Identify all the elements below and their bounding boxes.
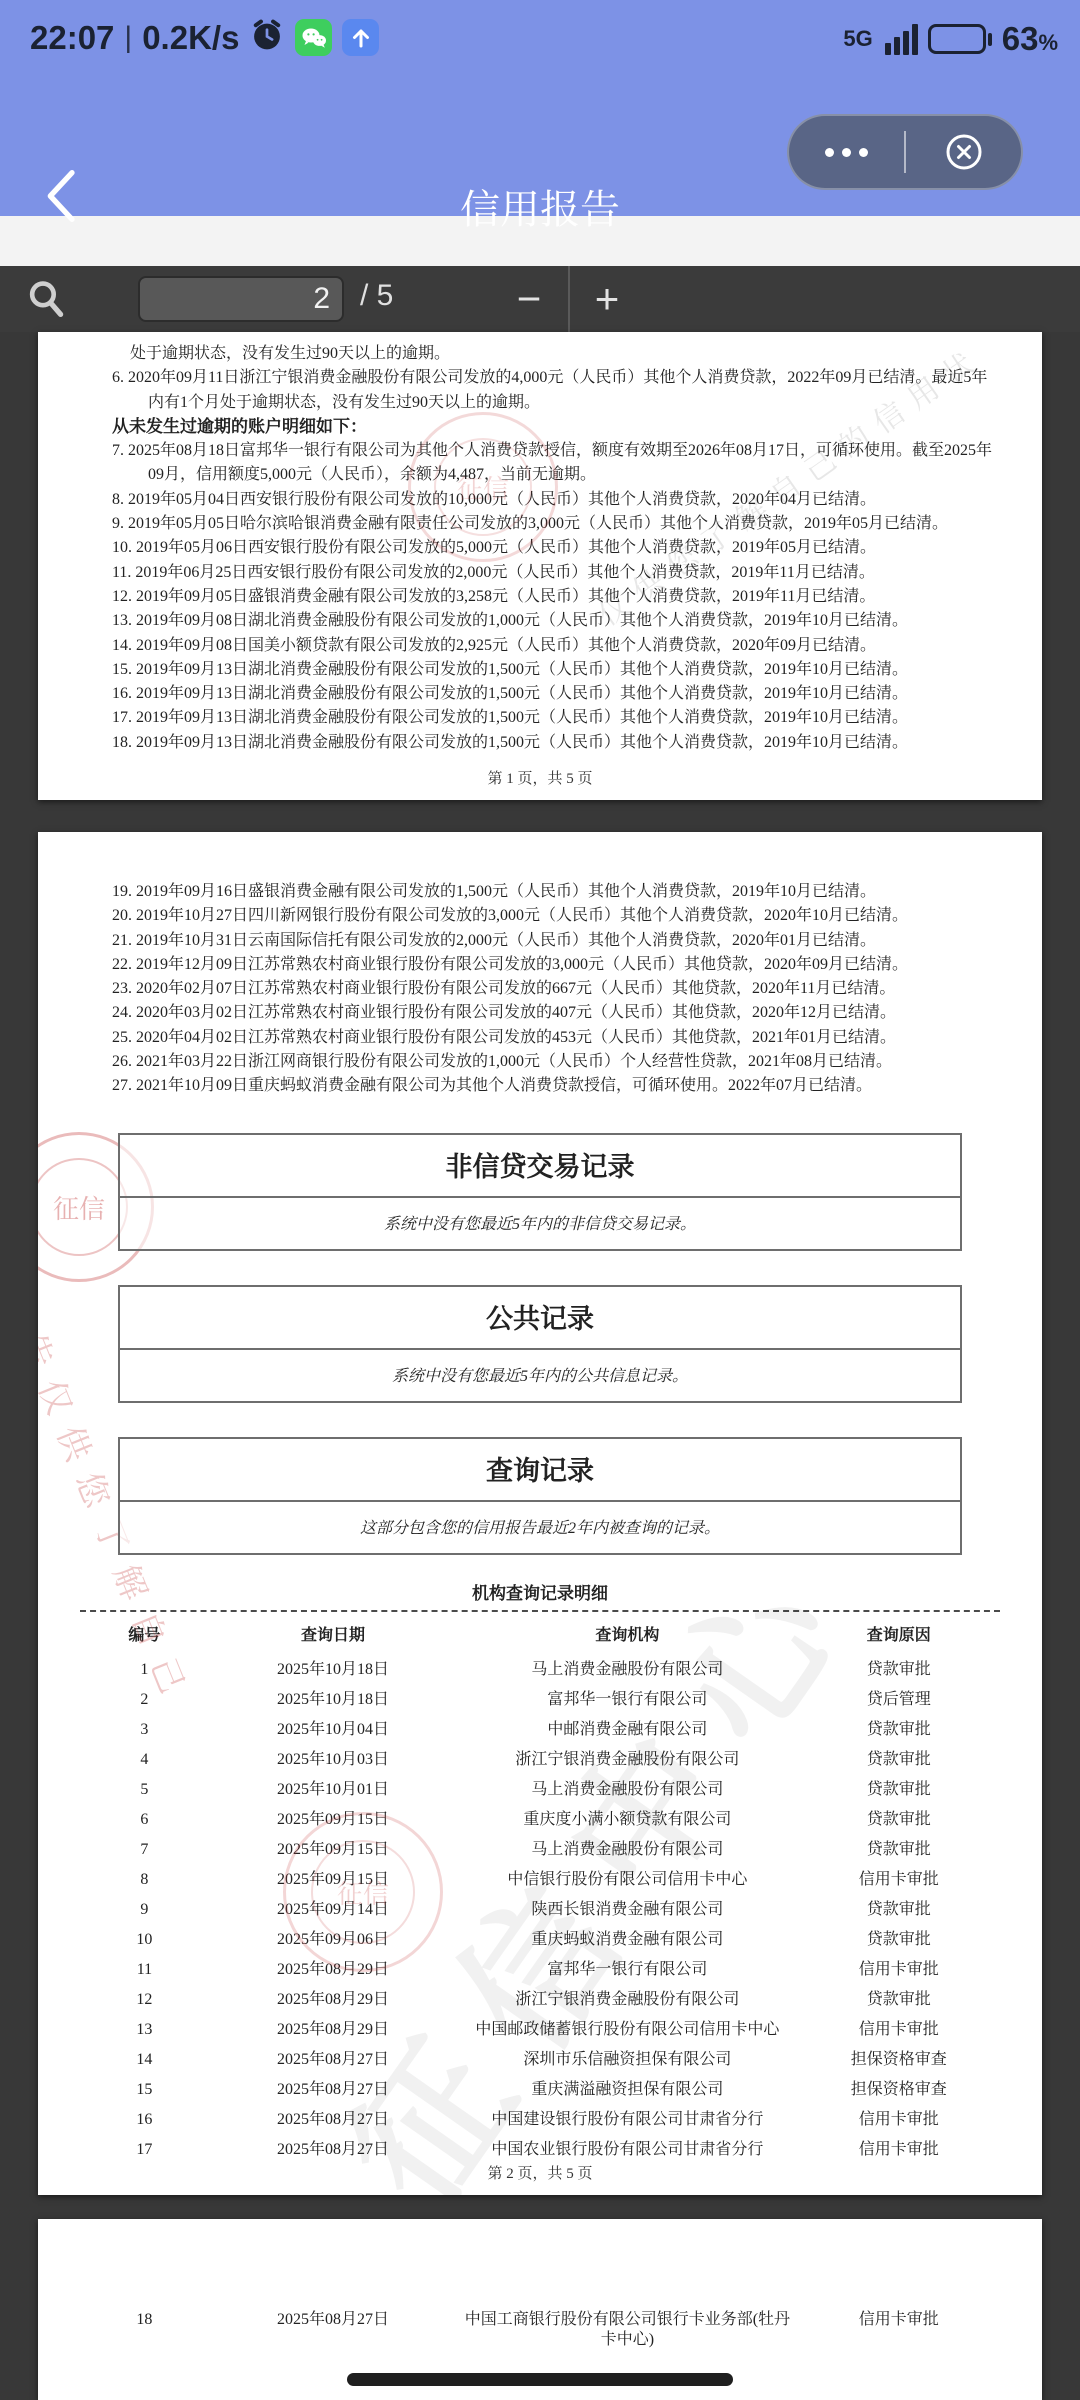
miniprogram-capsule: [787, 114, 1023, 190]
table-row: 4 2025年10月03日 浙江宁银消费金融股份有限公司 贷款审批: [80, 1745, 1000, 1775]
status-time: 22:07: [30, 19, 114, 57]
cell-date: 2025年08月27日: [209, 2135, 457, 2165]
cell-organization: 马上消费金融股份有限公司: [457, 1775, 797, 1805]
table-row: 11 2025年08月29日 富邦华一银行有限公司 信用卡审批: [80, 1955, 1000, 1985]
alarm-icon: [249, 17, 285, 58]
list-item: 10. 2019年05月06日西安银行股份有限公司发放的5,000元（人民币）其…: [112, 536, 1002, 560]
cell-number: 15: [80, 2075, 209, 2105]
section-title: 查询记录: [120, 1439, 960, 1502]
more-options-button[interactable]: [789, 116, 904, 188]
list-item: 8. 2019年05月04日西安银行股份有限公司发放的10,000元（人民币）其…: [112, 488, 1002, 512]
section-box-inquiry: 查询记录 这部分包含您的信用报告最近2年内被查询的记录。: [118, 1437, 962, 1555]
cell-number: 2: [80, 1685, 209, 1715]
close-circle-icon: [943, 131, 985, 173]
cell-number: 12: [80, 1985, 209, 2015]
inquiry-table: 编号 查询日期 查询机构 查询原因 1 2025年10月18日 马上消费金融股份…: [80, 1612, 1000, 2165]
toolbar-divider: [568, 266, 570, 332]
list-item: 20. 2019年10月27日四川新网银行股份有限公司发放的3,000元（人民币…: [112, 904, 1002, 928]
table-row: 9 2025年09月14日 陕西长银消费金融有限公司 贷款审批: [80, 1895, 1000, 1925]
list-item: 18. 2019年09月13日湖北消费金融股份有限公司发放的1,500元（人民币…: [112, 731, 1002, 755]
cell-reason: 贷款审批: [798, 1805, 1000, 1835]
section-note: 这部分包含您的信用报告最近2年内被查询的记录。: [120, 1502, 960, 1553]
cell-organization: 中国建设银行股份有限公司甘肃省分行: [457, 2105, 797, 2135]
cell-date: 2025年08月27日: [209, 2045, 457, 2075]
cell-number: 1: [80, 1655, 209, 1685]
table-row: 10 2025年09月06日 重庆蚂蚁消费金融有限公司 贷款审批: [80, 1925, 1000, 1955]
list-item: 处于逾期状态，没有发生过90天以上的逾期。: [112, 342, 1002, 366]
pdf-page-1: 征信 仅供您了解自己的信用状 处于逾期状态，没有发生过90天以上的逾期。 6. …: [38, 332, 1042, 800]
cell-reason: 担保资格审查: [798, 2045, 1000, 2075]
cell-date: 2025年08月29日: [209, 1985, 457, 2015]
column-header: 查询机构: [457, 1621, 797, 1651]
list-item: 27. 2021年10月09日重庆蚂蚁消费金融有限公司为其他个人消费贷款授信，可…: [112, 1074, 1002, 1098]
cell-number: 5: [80, 1775, 209, 1805]
cell-organization: 浙江宁银消费金融股份有限公司: [457, 1745, 797, 1775]
cell-date: 2025年09月06日: [209, 1925, 457, 1955]
list-item: 24. 2020年03月02日江苏常熟农村商业银行股份有限公司发放的407元（人…: [112, 1001, 1002, 1025]
cell-date: 2025年08月27日: [209, 2105, 457, 2135]
cell-date: 2025年08月27日: [209, 2075, 457, 2105]
cell-organization: 马上消费金融股份有限公司: [457, 1835, 797, 1865]
inquiry-table-title: 机构查询记录明细: [38, 1579, 1042, 1604]
page-number-input[interactable]: [138, 276, 344, 322]
cell-organization: 重庆度小满小额贷款有限公司: [457, 1805, 797, 1835]
close-button[interactable]: [906, 116, 1021, 188]
cell-organization: 浙江宁银消费金融股份有限公司: [457, 1985, 797, 2015]
section-title: 非信贷交易记录: [120, 1135, 960, 1198]
table-row: 14 2025年08月27日 深圳市乐信融资担保有限公司 担保资格审查: [80, 2045, 1000, 2075]
list-item: 14. 2019年09月08日国美小额贷款有限公司发放的2,925元（人民币）其…: [112, 634, 1002, 658]
percent-sign: %: [1038, 30, 1058, 55]
table-row: 12 2025年08月29日 浙江宁银消费金融股份有限公司 贷款审批: [80, 1985, 1000, 2015]
list-item: 11. 2019年06月25日西安银行股份有限公司发放的2,000元（人民币）其…: [112, 561, 1002, 585]
cell-reason: 贷款审批: [798, 1835, 1000, 1865]
table-row: 3 2025年10月04日 中邮消费金融有限公司 贷款审批: [80, 1715, 1000, 1745]
section-title: 公共记录: [120, 1287, 960, 1350]
cell-organization: 中邮消费金融有限公司: [457, 1715, 797, 1745]
cell-organization: 中信银行股份有限公司信用卡中心: [457, 1865, 797, 1895]
cell-date: 2025年09月15日: [209, 1805, 457, 1835]
list-item: 22. 2019年12月09日江苏常熟农村商业银行股份有限公司发放的3,000元…: [112, 953, 1002, 977]
page-total-label: / 5: [360, 279, 393, 313]
list-item: 25. 2020年04月02日江苏常熟农村商业银行股份有限公司发放的453元（人…: [112, 1026, 1002, 1050]
signal-bars-icon: [885, 24, 918, 55]
section-box-public: 公共记录 系统中没有您最近5年内的公共信息记录。: [118, 1285, 962, 1403]
cell-reason: 贷款审批: [798, 1985, 1000, 2015]
list-item: 26. 2021年03月22日浙江网商银行股份有限公司发放的1,000元（人民币…: [112, 1050, 1002, 1074]
cell-reason: 信用卡审批: [798, 2105, 1000, 2135]
nav-bar: 信用报告: [0, 60, 1080, 216]
loan-list-page2: 19. 2019年09月16日盛银消费金融有限公司发放的1,500元（人民币）其…: [38, 832, 1042, 1099]
wechat-icon: [295, 19, 332, 56]
cell-reason: 信用卡审批: [798, 1955, 1000, 1985]
cell-number: 18: [80, 2305, 209, 2335]
section-heading: 从未发生过逾期的账户明细如下：: [112, 415, 1002, 439]
cell-reason: 贷款审批: [798, 1715, 1000, 1745]
column-header: 查询原因: [798, 1621, 1000, 1651]
cell-reason: 信用卡审批: [798, 2015, 1000, 2045]
status-bar: 22:07 | 0.2K/s 5G 63%: [0, 0, 1080, 60]
upload-arrow-icon: [342, 19, 379, 56]
list-item: 16. 2019年09月13日湖北消费金融股份有限公司发放的1,500元（人民币…: [112, 682, 1002, 706]
cell-date: 2025年10月03日: [209, 1745, 457, 1775]
zoom-in-button[interactable]: +: [578, 272, 636, 326]
list-item: 21. 2019年10月31日云南国际信托有限公司发放的2,000元（人民币）其…: [112, 929, 1002, 953]
section-note: 系统中没有您最近5年内的非信贷交易记录。: [120, 1198, 960, 1249]
home-indicator[interactable]: [347, 2373, 733, 2386]
pdf-toolbar: / 5 − +: [0, 266, 1080, 332]
list-item: 12. 2019年09月05日盛银消费金融有限公司发放的3,258元（人民币）其…: [112, 585, 1002, 609]
table-row: 8 2025年09月15日 中信银行股份有限公司信用卡中心 信用卡审批: [80, 1865, 1000, 1895]
list-item: 15. 2019年09月13日湖北消费金融股份有限公司发放的1,500元（人民币…: [112, 658, 1002, 682]
table-row: 6 2025年09月15日 重庆度小满小额贷款有限公司 贷款审批: [80, 1805, 1000, 1835]
table-header-row: 编号 查询日期 查询机构 查询原因: [80, 1612, 1000, 1655]
ellipsis-icon: [821, 148, 872, 157]
cell-organization: 中国工商银行股份有限公司银行卡业务部(牡丹卡中心): [457, 2305, 797, 2355]
table-row: 17 2025年08月27日 中国农业银行股份有限公司甘肃省分行 信用卡审批: [80, 2135, 1000, 2165]
loan-list-page1: 处于逾期状态，没有发生过90天以上的逾期。 6. 2020年09月11日浙江宁银…: [38, 332, 1042, 755]
cell-date: 2025年10月18日: [209, 1685, 457, 1715]
pdf-viewport[interactable]: 征信 仅供您了解自己的信用状 处于逾期状态，没有发生过90天以上的逾期。 6. …: [0, 332, 1080, 2400]
cell-number: 17: [80, 2135, 209, 2165]
column-header: 查询日期: [209, 1621, 457, 1651]
cell-date: 2025年08月29日: [209, 2015, 457, 2045]
inquiry-table-continued: 18 2025年08月27日 中国工商银行股份有限公司银行卡业务部(牡丹卡中心)…: [80, 2305, 1000, 2355]
list-item: 19. 2019年09月16日盛银消费金融有限公司发放的1,500元（人民币）其…: [112, 880, 1002, 904]
list-item: 23. 2020年02月07日江苏常熟农村商业银行股份有限公司发放的667元（人…: [112, 977, 1002, 1001]
cell-reason: 信用卡审批: [798, 2135, 1000, 2165]
cell-organization: 重庆蚂蚁消费金融有限公司: [457, 1925, 797, 1955]
search-icon[interactable]: [26, 279, 66, 324]
cell-organization: 富邦华一银行有限公司: [457, 1685, 797, 1715]
cell-number: 8: [80, 1865, 209, 1895]
list-item: 9. 2019年05月05日哈尔滨哈银消费金融有限责任公司发放的3,000元（人…: [112, 512, 1002, 536]
cell-date: 2025年09月14日: [209, 1895, 457, 1925]
never-overdue-list: 7. 2025年08月18日富邦华一银行有限公司为其他个人消费贷款授信，额度有效…: [112, 439, 1002, 755]
network-type-label: 5G: [843, 26, 872, 52]
cell-number: 9: [80, 1895, 209, 1925]
cell-date: 2025年09月15日: [209, 1835, 457, 1865]
network-speed: 0.2K/s: [142, 19, 239, 57]
cell-organization: 重庆满溢融资担保有限公司: [457, 2075, 797, 2105]
cell-number: 6: [80, 1805, 209, 1835]
table-row: 2 2025年10月18日 富邦华一银行有限公司 贷后管理: [80, 1685, 1000, 1715]
section-note: 系统中没有您最近5年内的公共信息记录。: [120, 1350, 960, 1401]
table-row: 5 2025年10月01日 马上消费金融股份有限公司 贷款审批: [80, 1775, 1000, 1805]
status-divider: |: [124, 21, 132, 55]
cell-number: 10: [80, 1925, 209, 1955]
cell-reason: 贷款审批: [798, 1655, 1000, 1685]
cell-number: 4: [80, 1745, 209, 1775]
cell-reason: 贷款审批: [798, 1775, 1000, 1805]
cell-reason: 信用卡审批: [798, 1865, 1000, 1895]
section-box-noncredit: 非信贷交易记录 系统中没有您最近5年内的非信贷交易记录。: [118, 1133, 962, 1251]
cell-date: 2025年10月04日: [209, 1715, 457, 1745]
cell-number: 16: [80, 2105, 209, 2135]
cell-organization: 马上消费金融股份有限公司: [457, 1655, 797, 1685]
cell-organization: 陕西长银消费金融有限公司: [457, 1895, 797, 1925]
cell-number: 7: [80, 1835, 209, 1865]
table-row: 16 2025年08月27日 中国建设银行股份有限公司甘肃省分行 信用卡审批: [80, 2105, 1000, 2135]
page-footer: 第 2 页，共 5 页: [38, 2162, 1042, 2183]
cell-organization: 富邦华一银行有限公司: [457, 1955, 797, 1985]
list-item: 17. 2019年09月13日湖北消费金融股份有限公司发放的1,500元（人民币…: [112, 706, 1002, 730]
cell-reason: 担保资格审查: [798, 2075, 1000, 2105]
zoom-out-button[interactable]: −: [500, 272, 558, 326]
cell-reason: 贷款审批: [798, 1925, 1000, 1955]
pdf-page-2: 征信 征信 查报告仅供您了解自己 征信中心 19. 2019年09月16日盛银消…: [38, 832, 1042, 2195]
never-overdue-list-continued: 19. 2019年09月16日盛银消费金融有限公司发放的1,500元（人民币）其…: [112, 880, 1002, 1099]
battery-icon: [928, 24, 992, 54]
cell-date: 2025年08月29日: [209, 1955, 457, 1985]
battery-percent: 63: [1002, 20, 1039, 57]
inquiry-table-body: 1 2025年10月18日 马上消费金融股份有限公司 贷款审批 2 2025年1…: [80, 1655, 1000, 2165]
page-footer: 第 1 页，共 5 页: [38, 767, 1042, 788]
cell-reason: 贷款审批: [798, 1745, 1000, 1775]
cell-organization: 中国邮政储蓄银行股份有限公司信用卡中心: [457, 2015, 797, 2045]
cell-reason: 贷后管理: [798, 1685, 1000, 1715]
cell-date: 2025年09月15日: [209, 1865, 457, 1895]
column-header: 编号: [80, 1621, 209, 1651]
table-row: 7 2025年09月15日 马上消费金融股份有限公司 贷款审批: [80, 1835, 1000, 1865]
list-item: 13. 2019年09月08日湖北消费金融股份有限公司发放的1,000元（人民币…: [112, 609, 1002, 633]
cell-organization: 深圳市乐信融资担保有限公司: [457, 2045, 797, 2075]
table-row: 13 2025年08月29日 中国邮政储蓄银行股份有限公司信用卡中心 信用卡审批: [80, 2015, 1000, 2045]
cell-organization: 中国农业银行股份有限公司甘肃省分行: [457, 2135, 797, 2165]
list-item: 6. 2020年09月11日浙江宁银消费金融股份有限公司发放的4,000元（人民…: [112, 366, 1002, 415]
table-row: 1 2025年10月18日 马上消费金融股份有限公司 贷款审批: [80, 1655, 1000, 1685]
cell-number: 11: [80, 1955, 209, 1985]
cell-number: 3: [80, 1715, 209, 1745]
cell-number: 13: [80, 2015, 209, 2045]
cell-reason: 贷款审批: [798, 1895, 1000, 1925]
cell-reason: 信用卡审批: [798, 2305, 1000, 2335]
cell-date: 2025年10月18日: [209, 1655, 457, 1685]
list-item: 7. 2025年08月18日富邦华一银行有限公司为其他个人消费贷款授信，额度有效…: [112, 439, 1002, 488]
cell-date: 2025年10月01日: [209, 1775, 457, 1805]
cell-date: 2025年08月27日: [209, 2305, 457, 2335]
cell-number: 14: [80, 2045, 209, 2075]
table-row: 15 2025年08月27日 重庆满溢融资担保有限公司 担保资格审查: [80, 2075, 1000, 2105]
table-row: 18 2025年08月27日 中国工商银行股份有限公司银行卡业务部(牡丹卡中心)…: [80, 2305, 1000, 2355]
